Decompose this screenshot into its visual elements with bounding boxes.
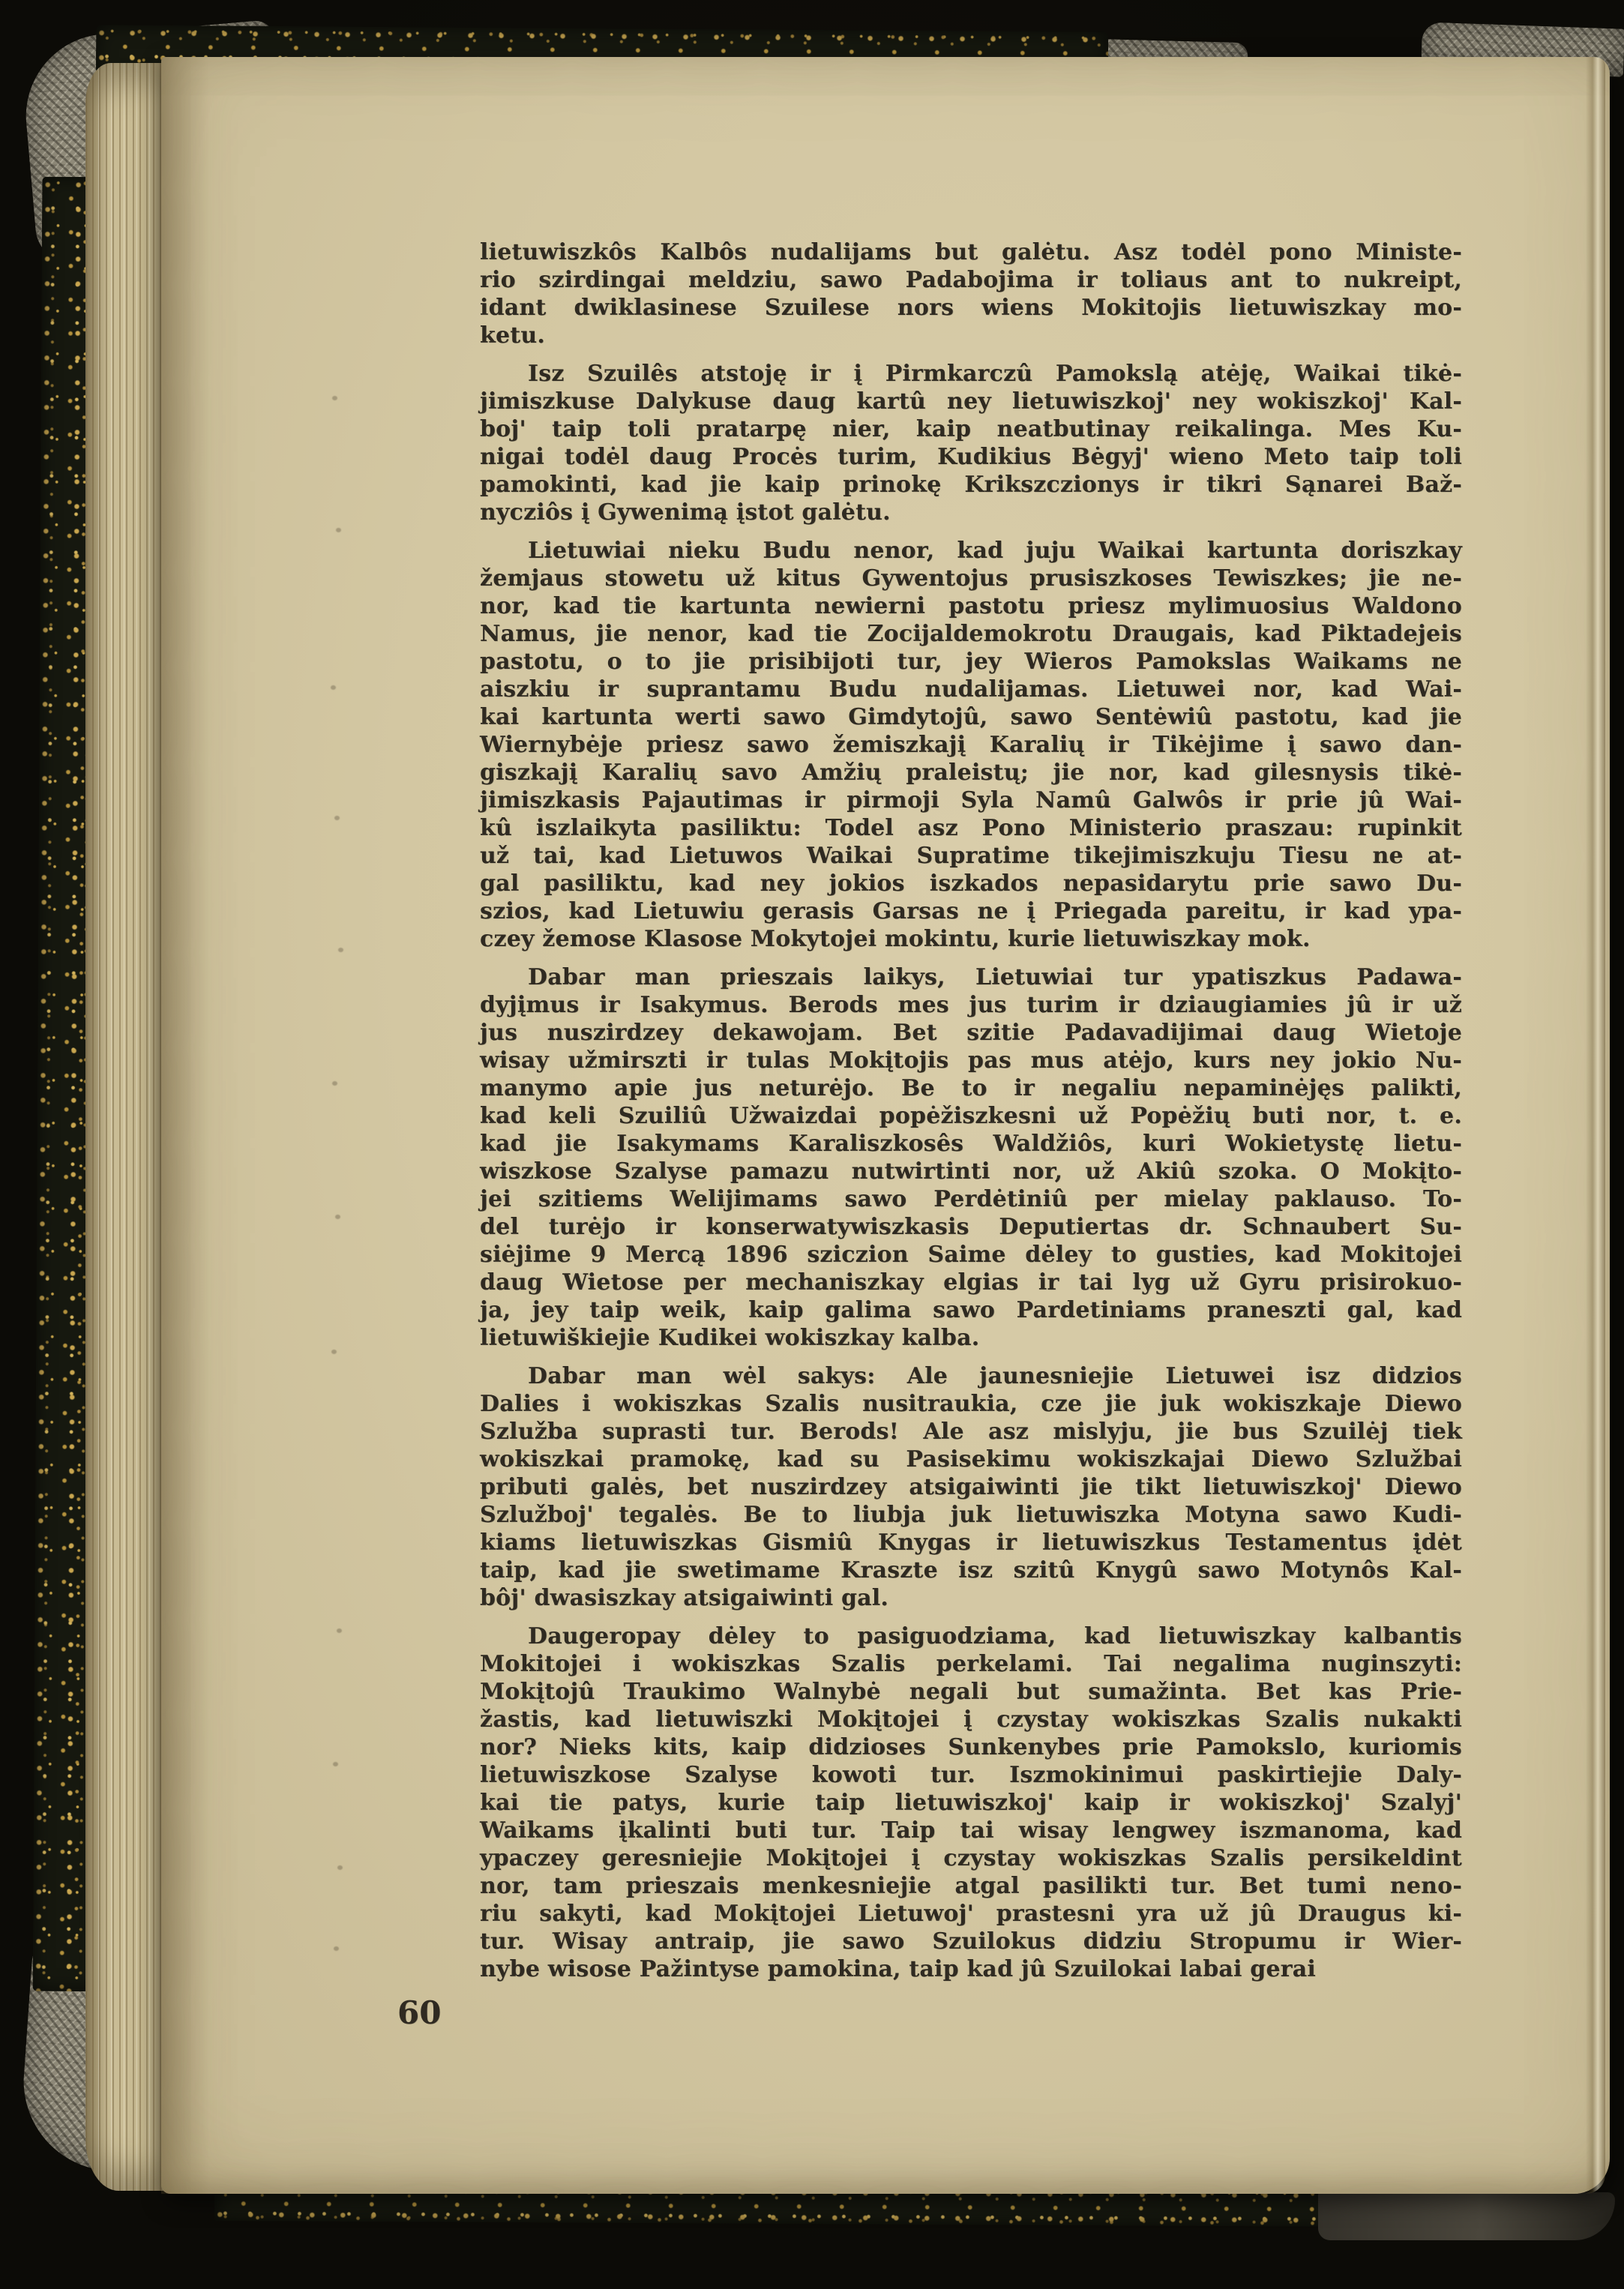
text-line: pamokinti, kad jie kaip prinokę Krikszcz… <box>480 471 1462 499</box>
margin-speck <box>331 685 336 690</box>
text-line: Mokįtojû Traukimo Walnybė negali but sum… <box>480 1678 1462 1706</box>
paragraph: Dabar man wėl sakys: Ale jaunesniejie Li… <box>480 1362 1462 1612</box>
margin-speck <box>332 396 337 400</box>
text-line: wokiszkai pramokę, kad su Pasisekimu wok… <box>480 1446 1462 1473</box>
text-line: wisay užmirszti ir tulas Mokįtojis pas m… <box>480 1047 1462 1074</box>
text-line: dyjįmus ir Isakymus. Berods mes jus turi… <box>480 991 1462 1019</box>
text-line: daug Wietose per mechaniszkay elgias ir … <box>480 1269 1462 1296</box>
text-line: nybe wisose Pažintyse pamokina, taip kad… <box>480 1955 1462 1983</box>
text-line: ypaczey geresniejie Mokįtojei į czystay … <box>480 1844 1462 1872</box>
paragraph: Dabar man prieszais laikys, Lietuwiai tu… <box>480 963 1462 1352</box>
text-line: Dabar man prieszais laikys, Lietuwiai tu… <box>480 963 1462 991</box>
text-line: Wiernybėje priesz sawo žemiszkajį Karali… <box>480 731 1462 759</box>
text-line: wiszkose Szalyse pamazu nutwirtinti nor,… <box>480 1158 1462 1185</box>
text-line: žastis, kad lietuwiszki Mokįtojei į czys… <box>480 1706 1462 1733</box>
text-line: rio szirdingai meldziu, sawo Padabojima … <box>480 266 1462 294</box>
text-line: tur. Wisay antraip, jie sawo Szuilokus d… <box>480 1928 1462 1955</box>
text-line: Daugeropay dėley to pasiguodziama, kad l… <box>480 1622 1462 1650</box>
text-line: nycziôs į Gywenimą įstot galėtu. <box>480 499 1462 526</box>
text-line: ketu. <box>480 322 1462 349</box>
text-line: nor, kad tie kartunta newierni pastotu p… <box>480 592 1462 620</box>
text-line: Namus, jie nenor, kad tie Zocijaldemokro… <box>480 620 1462 648</box>
book-edge-bottom-right <box>1318 2192 1615 2240</box>
text-line: kiams lietuwiszkas Gismiû Knygas ir liet… <box>480 1529 1462 1556</box>
margin-speck <box>336 528 341 532</box>
text-line: giszkajį Karalių savo Amžių praleistų; j… <box>480 759 1462 786</box>
page-edges-stack <box>85 63 165 2191</box>
text-line: kû iszlaikyta pasiliktu: Todel asz Pono … <box>480 814 1462 842</box>
text-line: aiszkiu ir suprantamu Budu nudalijamas. … <box>480 676 1462 703</box>
margin-speck <box>332 1081 337 1086</box>
scanned-book-photo: lietuwiszkôs Kalbôs nudalijams but galėt… <box>0 0 1624 2289</box>
text-line: Isz Szuilês atstoję ir į Pirmkarczû Pamo… <box>480 360 1462 388</box>
text-line: bôj' dwasiszkay atsigaiwinti gal. <box>480 1584 1462 1612</box>
text-line: žemjaus stowetu už kitus Gywentojus prus… <box>480 565 1462 592</box>
text-line: jimiszkasis Pajautimas ir pirmoji Syla N… <box>480 786 1462 814</box>
book-page: lietuwiszkôs Kalbôs nudalijams but galėt… <box>161 57 1610 2194</box>
paragraph: Lietuwiai nieku Budu nenor, kad juju Wai… <box>480 537 1462 953</box>
margin-speck <box>338 948 343 952</box>
text-line: kad keli Szuiliû Užwaizdai popėžiszkesni… <box>480 1102 1462 1130</box>
text-line: Waikams įkalinti buti tur. Taip tai wisa… <box>480 1817 1462 1844</box>
margin-speck <box>335 1215 340 1219</box>
text-line: Szlužboj' tegalės. Be to liubja juk liet… <box>480 1501 1462 1529</box>
text-line: Lietuwiai nieku Budu nenor, kad juju Wai… <box>480 537 1462 565</box>
text-line: už tai, kad Lietuwos Waikai Supratime ti… <box>480 842 1462 870</box>
text-line: kad jie Isakymams Karaliszkosês Waldžiôs… <box>480 1130 1462 1158</box>
paragraph: Isz Szuilês atstoję ir į Pirmkarczû Pamo… <box>480 360 1462 526</box>
text-line: boj' taip toli pratarpę nier, kaip neatb… <box>480 415 1462 443</box>
text-line: del turėjo ir konserwatywiszkasis Deputi… <box>480 1213 1462 1241</box>
text-line: kai tie patys, kurie taip lietuwiszkoj' … <box>480 1789 1462 1817</box>
margin-speck <box>337 1628 342 1633</box>
margin-speck <box>334 1946 339 1951</box>
text-line: taip, kad jie swetimame Kraszte isz szit… <box>480 1556 1462 1584</box>
margin-speck <box>337 1865 343 1870</box>
text-line: lietuwiszkose Szalyse kowoti tur. Iszmok… <box>480 1761 1462 1789</box>
text-line: kai kartunta werti sawo Gimdytojû, sawo … <box>480 703 1462 731</box>
text-line: szios, kad Lietuwiu gerasis Garsas ne į … <box>480 897 1462 925</box>
paragraph: lietuwiszkôs Kalbôs nudalijams but galėt… <box>480 238 1462 349</box>
margin-speck <box>333 1762 338 1766</box>
text-line: pastotu, o to jie prisibijoti tur, jey W… <box>480 648 1462 676</box>
page-number: 60 <box>397 1997 441 2029</box>
text-line: lietuwiszkôs Kalbôs nudalijams but galėt… <box>480 238 1462 266</box>
text-line: czey žemose Klasose Mokytojei mokintu, k… <box>480 925 1462 953</box>
margin-speck <box>331 1350 337 1354</box>
text-line: siėjime 9 Mercą 1896 sziczion Saime dėle… <box>480 1241 1462 1269</box>
text-line: jus nuszirdzey dekawojam. Bet szitie Pad… <box>480 1019 1462 1047</box>
text-line: Mokitojei i wokiszkas Szalis perkelami. … <box>480 1650 1462 1678</box>
text-line: jimiszkuse Dalykuse daug kartû ney lietu… <box>480 388 1462 415</box>
page-text-block: lietuwiszkôs Kalbôs nudalijams but galėt… <box>480 238 1462 1983</box>
text-line: Dabar man wėl sakys: Ale jaunesniejie Li… <box>480 1362 1462 1390</box>
text-line: Szlužba suprasti tur. Berods! Ale asz mi… <box>480 1418 1462 1446</box>
text-line: Dalies i wokiszkas Szalis nusitraukia, c… <box>480 1390 1462 1418</box>
text-line: idant dwiklasinese Szuilese nors wiens M… <box>480 294 1462 322</box>
text-line: nigai todėl daug Procės turim, Kudikius … <box>480 443 1462 471</box>
text-line: riu sakyti, kad Mokįtojei Lietuwoj' pras… <box>480 1900 1462 1928</box>
text-line: ja, jey taip weik, kaip galima sawo Pard… <box>480 1296 1462 1324</box>
paragraph: Daugeropay dėley to pasiguodziama, kad l… <box>480 1622 1462 1983</box>
text-line: nor, tam prieszais menkesniejie atgal pa… <box>480 1872 1462 1900</box>
text-line: nor? Nieks kits, kaip didzioses Sunkenyb… <box>480 1733 1462 1761</box>
text-line: lietuwiškiejie Kudikei wokiszkay kalba. <box>480 1324 1462 1352</box>
text-line: pributi galės, bet nuszirdzey atsigaiwin… <box>480 1473 1462 1501</box>
text-line: manymo apie jus neturėjo. Be to ir negal… <box>480 1074 1462 1102</box>
margin-speck <box>334 816 340 820</box>
text-line: jei szitiems Welijimams sawo Perdėtiniû … <box>480 1185 1462 1213</box>
text-line: gal pasiliktu, kad ney jokios iszkados n… <box>480 870 1462 897</box>
